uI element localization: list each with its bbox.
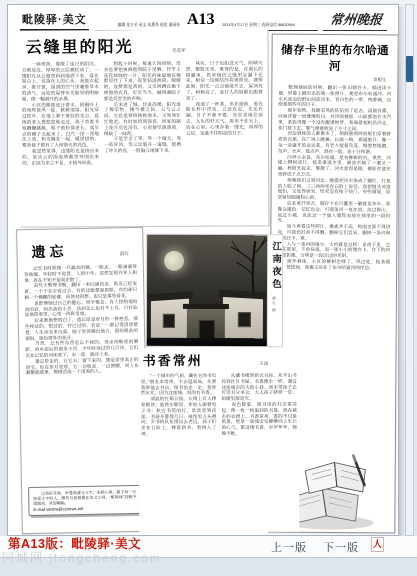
text-column: “一个城市的气质，藏在它的书页里。”朋友来常州，不去逛商场，先要我带他去书店、图… — [141, 373, 217, 531]
newspaper-page: 毗陵驿·美文 编辑 张万采 易文 朱薰秀 视觉 潘丽英 A13 2024年4月1… — [7, 4, 399, 536]
article-sunlight-author: 光其军 — [172, 48, 186, 54]
text-column: 其实，日子也如这天气，阴晴交替，聚散无常。难得的是，在漫长的阴霾里，仍肯相信云缝… — [186, 60, 264, 224]
scrollbar-thumb[interactable] — [406, 56, 413, 82]
window-left — [163, 314, 175, 328]
pdf-glyph: 人 — [373, 540, 382, 549]
house-roof-center — [183, 304, 229, 309]
article-forgetting-body: 记忆有时候像一只漏水的桶，一路走，一路滴滴答答地漏。年轻时不觉得，人到中年，忽然… — [24, 264, 141, 484]
article-forgetting-author: 薛红 — [120, 251, 129, 257]
submission-notice-text: 以美好等候，享受真诚与文字。本版心事，属于每一位热爱文字的人，期待与您相遇在美文… — [33, 489, 136, 506]
issue-info: 2024年4月17日 星期三 夜班电话 86630549 — [221, 22, 294, 28]
editor-credits: 编辑 张万采 易文 朱薰秀 视觉 潘丽英 — [118, 22, 180, 28]
article-sunlight-body: 一场夜雨，催散了连日的阴沉。天刚放亮，厚厚的云层就松动了，一缕阳光从云缝里斜斜地… — [22, 60, 264, 225]
article-river-author: 青根生 — [278, 77, 386, 84]
submission-email: E-mail:wbmw@cznews.net — [33, 505, 136, 512]
text-column: 从藏书楼到新式书房，从半山书局到社区书屋，书香像水一样，漫过这座城市的大街小巷。… — [221, 373, 297, 531]
page-number: A13 — [187, 12, 215, 28]
masthead: 常州晚报 — [323, 9, 389, 31]
article-forgetting[interactable]: 遗忘 薛红 记忆有时候像一只漏水的桶，一路走，一路滴滴答答地漏。年轻时不觉得，人… — [16, 227, 149, 534]
next-page-link[interactable]: 下一版 — [323, 539, 359, 555]
moon — [164, 250, 184, 270]
text-column: 一场夜雨，催散了连日的阴沉。天刚放亮，厚厚的云层就松动了，一缕阳光从云缝里斜斜地… — [22, 61, 100, 225]
window-right — [238, 312, 251, 327]
prev-page-link[interactable]: 上一版 — [271, 539, 307, 555]
ereader-viewport: 毗陵驿·美文 编辑 张万采 易文 朱薰秀 视觉 潘丽英 A13 2024年4月1… — [0, 0, 417, 576]
night-painting — [147, 235, 267, 346]
artwork-jiangnan-night[interactable]: 江南夜色 薛凡 画 — [146, 234, 283, 347]
house — [151, 280, 263, 340]
pdf-icon[interactable]: 人 — [371, 537, 384, 552]
text-column: 想起小时候，每逢久雨初晴，母亲总要把被褥抱到院子里晒。竹竿上花花绿绿的一片，阳光… — [104, 61, 182, 225]
article-sunlight-title: 云缝里的阳光 — [26, 34, 134, 58]
article-river-title: 储存卡里的布尔哈通河 — [278, 42, 391, 75]
artwork-caption-strip: 江南夜色 薛凡 画 — [267, 235, 282, 346]
page-header: 毗陵驿·美文 编辑 张万采 易文 朱薰秀 视觉 潘丽英 A13 2024年4月1… — [20, 12, 388, 31]
vertical-scrollbar[interactable] — [405, 4, 414, 536]
article-bookish-author: 王益 — [259, 361, 268, 367]
article-bookish-title: 书香常州 — [143, 350, 203, 369]
header-middle: 编辑 张万采 易文 朱薰秀 视觉 潘丽英 A13 2024年4月17日 星期三 … — [95, 12, 318, 31]
article-forgetting-title: 遗忘 — [31, 241, 67, 262]
ground — [147, 338, 267, 346]
article-sunlight[interactable]: 云缝里的阳光 光其军 一场夜雨，催散了连日的阴沉。天刚放亮，厚厚的云层就松动了，… — [19, 29, 269, 227]
artwork-caption: 江南夜色 — [268, 241, 282, 291]
artwork-credit: 薛凡 画 — [272, 296, 277, 312]
submission-notice-box: 以美好等候，享受真诚与文字。本版心事，属于每一位热爱文字的人，期待与您相遇在美文… — [28, 485, 142, 516]
site-watermark: 同城网 jtongcheng.com — [2, 549, 162, 566]
article-bookish-changzhou[interactable]: 书香常州 王益 “一个城市的气质，藏在它的书页里。”朋友来常州，不去逛商场，先要… — [139, 348, 300, 533]
page-navigation: 上一版 下一版 — [271, 539, 359, 555]
section-title: 毗陵驿·美文 — [20, 11, 89, 31]
article-bookish-body: “一个城市的气质，藏在它的书页里。”朋友来常州，不去逛商场，先要我带他去书店、图… — [141, 373, 298, 532]
